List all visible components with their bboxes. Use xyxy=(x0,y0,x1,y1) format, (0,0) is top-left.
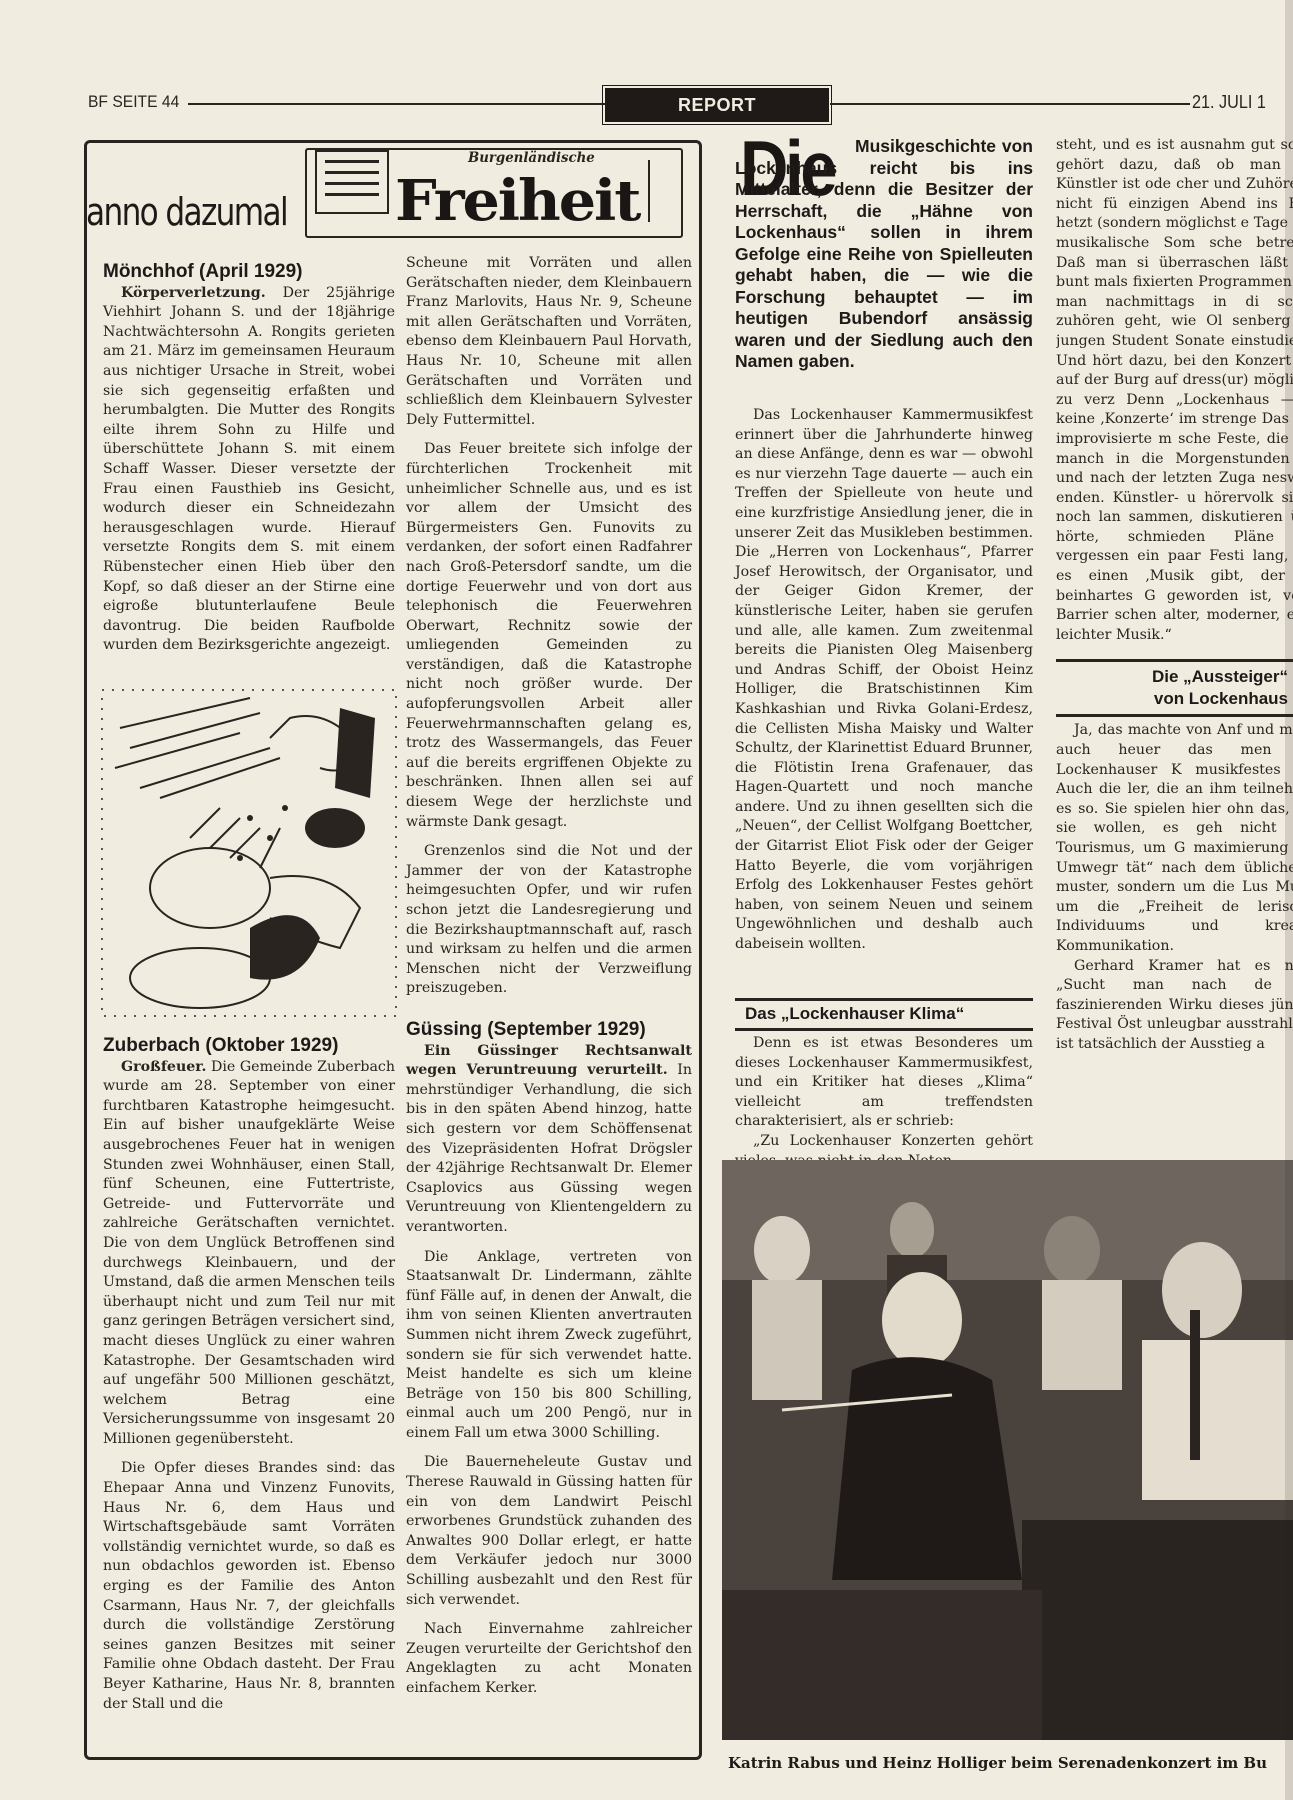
section-title: Mönchhof (April 1929) xyxy=(103,262,395,282)
masthead-emblem-icon xyxy=(315,150,389,214)
page-edge-shadow xyxy=(1285,0,1293,1800)
paragraph: Die Gemeinde Zuberbach wurde am 28. Sept… xyxy=(103,1059,395,1447)
header-rule-right xyxy=(830,103,1190,105)
section-label: REPORT xyxy=(605,88,829,122)
article-gussing: Güssing (September 1929) Ein Güssinger R… xyxy=(406,1020,692,1699)
article-klima: Denn es ist etwas Besonderes um dieses L… xyxy=(735,1034,1033,1171)
paragraph: Scheune mit Vorräten und allen Gerätscha… xyxy=(406,254,692,430)
subhead-klima: Das „Lockenhauser Klima“ xyxy=(745,1004,964,1024)
paragraph: Die Bauerneheleute Gustav und Therese Ra… xyxy=(406,1453,692,1610)
subhead-rule-top xyxy=(1056,659,1293,662)
lead-bold: Ein Güssinger Rechtsanwalt wegen Veruntr… xyxy=(406,1043,692,1079)
masthead-paper-name: Freiheit xyxy=(395,168,639,234)
masthead-top-line: Burgenländische xyxy=(468,150,595,166)
masthead-side-ornament-icon xyxy=(648,160,670,222)
article-col4-cont: Ja, das machte von Anf und macht auch he… xyxy=(1056,721,1293,1054)
paragraph: Ja, das machte von Anf und macht auch he… xyxy=(1056,721,1293,956)
paragraph: Gerhard Kramer hat es niert: „Sucht man … xyxy=(1056,957,1293,1055)
anno-dazumal-title: anno dazumal xyxy=(86,190,287,234)
article-zuberbach-cont: Scheune mit Vorräten und allen Gerätscha… xyxy=(406,254,692,999)
paragraph: Die Opfer dieses Brandes sind: das Ehepa… xyxy=(103,1459,395,1714)
subhead-rule-bottom xyxy=(735,1028,1033,1031)
paragraph: Grenzenlos sind die Not und der Jammer d… xyxy=(406,842,692,999)
subhead-line: von Lockenhaus xyxy=(1056,688,1288,710)
paragraph: In mehrstündiger Verhandlung, die sich b… xyxy=(406,1062,692,1235)
article-col4: steht, und es ist ausnahm gut so. Es geh… xyxy=(1056,136,1293,645)
header-rule-left xyxy=(188,103,606,105)
article-zuberbach: Zuberbach (Oktober 1929) Großfeuer. Die … xyxy=(103,1036,395,1714)
subhead-rule-top xyxy=(735,998,1033,1001)
paragraph: Das Feuer breitete sich infolge der fürc… xyxy=(406,440,692,832)
page-folio: BF SEITE 44 xyxy=(88,92,179,112)
section-title: Zuberbach (Oktober 1929) xyxy=(103,1036,395,1056)
section-title: Güssing (September 1929) xyxy=(406,1020,692,1040)
right-column-clip: steht, und es ist ausnahm gut so. Es geh… xyxy=(1056,136,1293,1156)
article-body: Das Lockenhauser Kammermusikfest erinner… xyxy=(735,406,1033,955)
lead-bold: Körperverletzung. xyxy=(121,285,266,301)
subhead-rule-bottom xyxy=(1056,714,1293,717)
concert-photo-icon xyxy=(722,1160,1293,1740)
lead-bold: Großfeuer. xyxy=(121,1059,206,1075)
section-label-text: REPORT xyxy=(678,95,756,116)
paragraph: Nach Einvernahme zahlreicher Zeugen veru… xyxy=(406,1620,692,1698)
subhead-line: Die „Aussteiger“ xyxy=(1056,666,1288,688)
article-monchhof: Mönchhof (April 1929) Körperverletzung. … xyxy=(103,262,395,656)
article-lead: Musikgeschichte von Lockenhaus reicht bi… xyxy=(735,136,1033,373)
paragraph: Denn es ist etwas Besonderes um dieses L… xyxy=(735,1034,1033,1132)
photo-caption: Katrin Rabus und Heinz Holliger beim Ser… xyxy=(728,1754,1267,1772)
paragraph: steht, und es ist ausnahm gut so. Es geh… xyxy=(1056,136,1293,645)
cartoon-brawl-illustration-icon xyxy=(100,688,398,1018)
paragraph: Das Lockenhauser Kammermusikfest erinner… xyxy=(735,406,1033,955)
paragraph: Der 25jährige Viehhirt Johann S. und der… xyxy=(103,285,395,654)
paragraph: Die Anklage, vertreten von Staatsanwalt … xyxy=(406,1248,692,1444)
issue-date: 21. JULI 1 xyxy=(1192,92,1266,113)
subhead-aussteiger: Die „Aussteiger“ von Lockenhaus xyxy=(1056,666,1288,710)
